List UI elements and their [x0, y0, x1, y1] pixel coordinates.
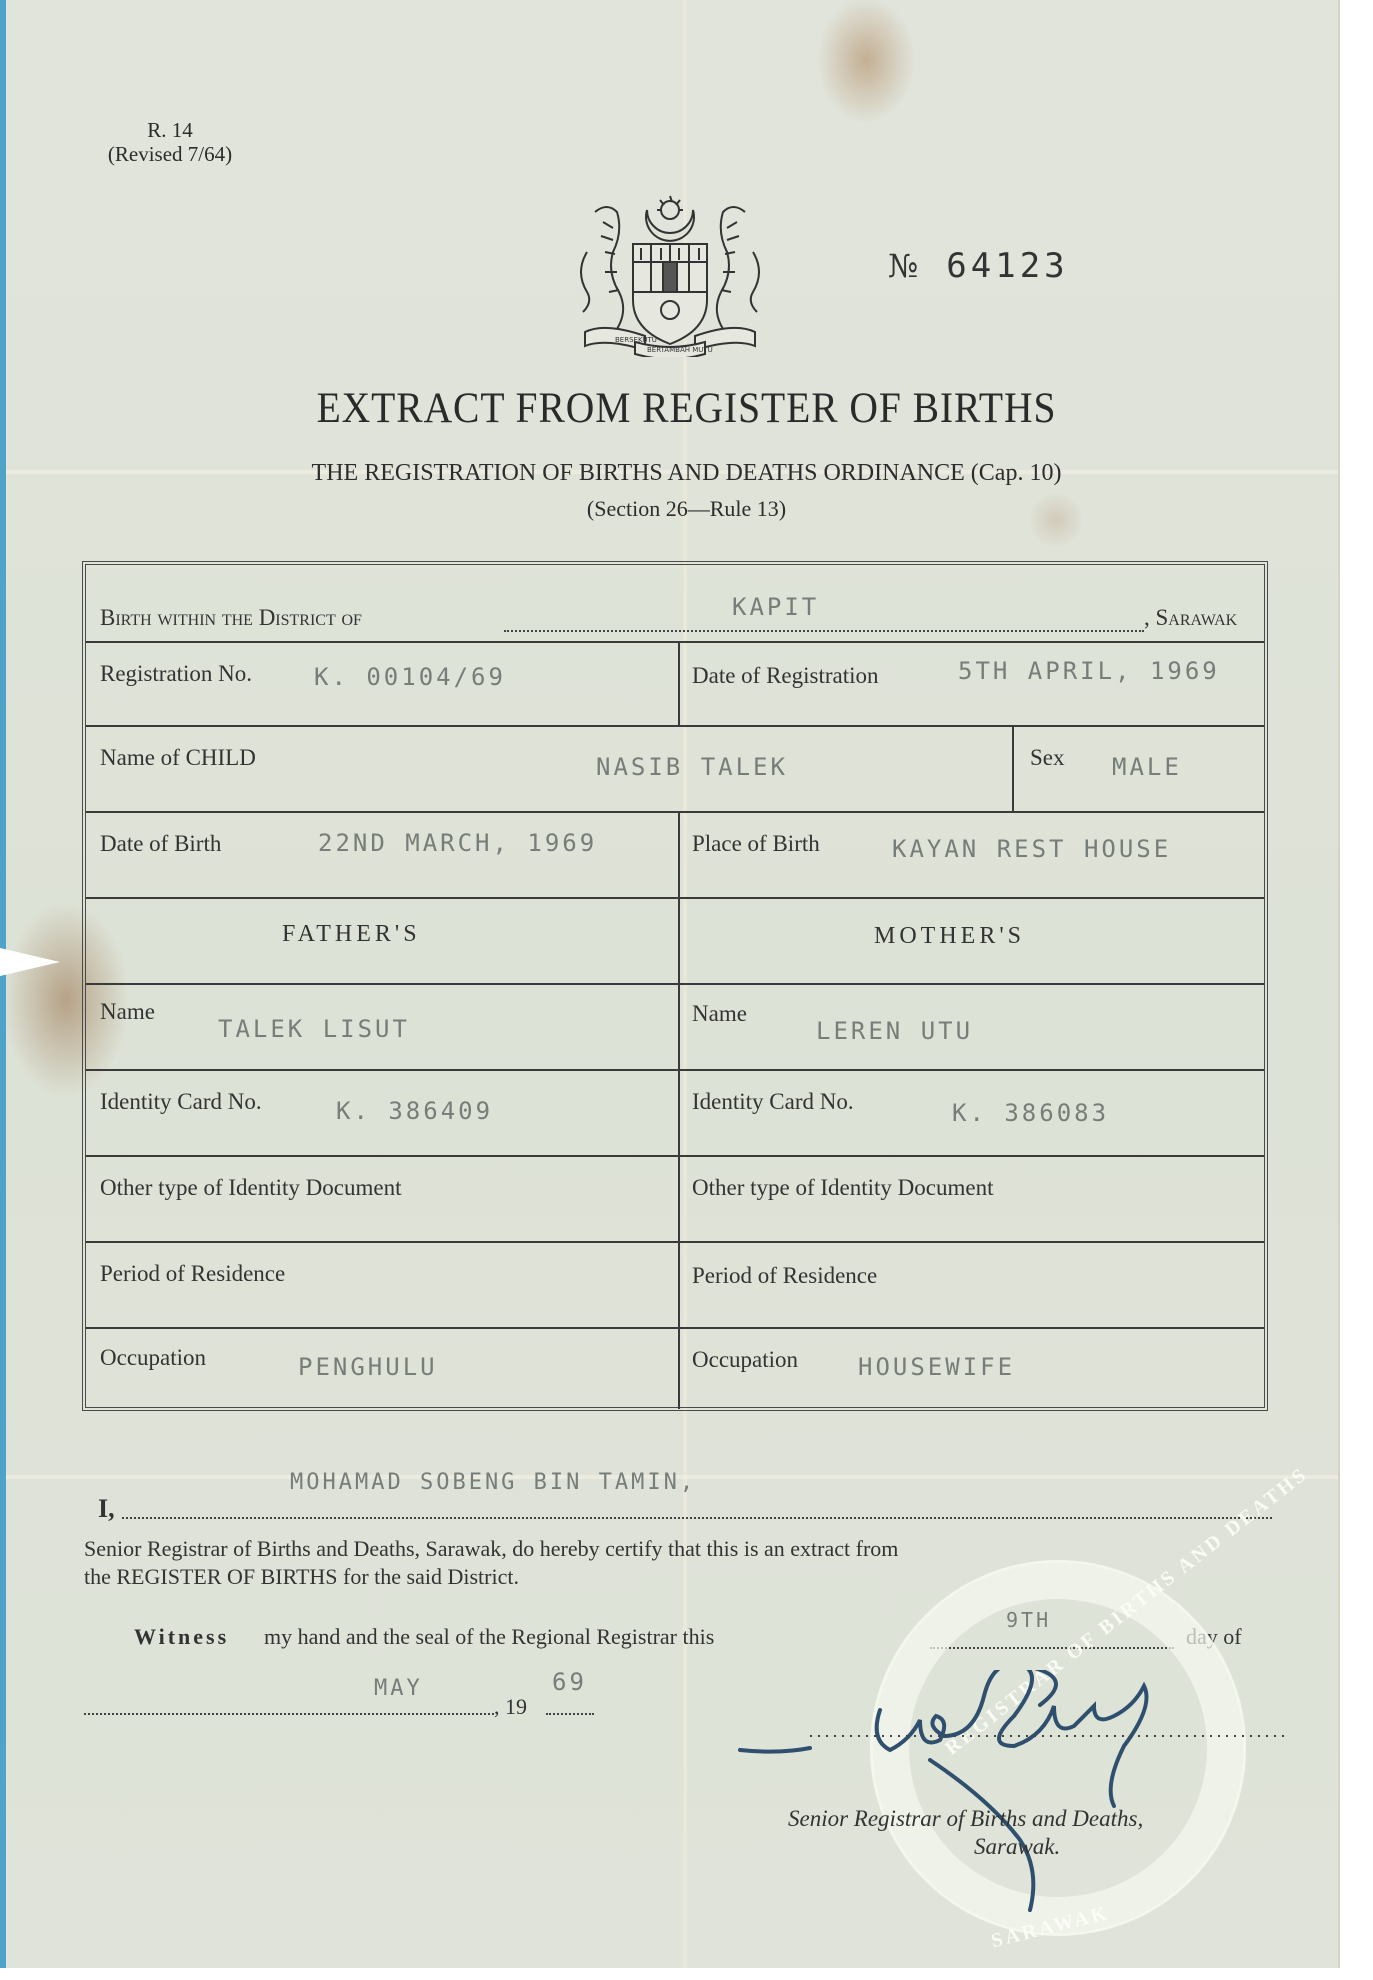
- year-dotted-line: [546, 1712, 594, 1715]
- district-dotted-line: [504, 629, 1144, 632]
- registration-no-value: K. 00104/69: [314, 663, 506, 691]
- place-of-birth-label: Place of Birth: [692, 831, 820, 857]
- mother-heading: MOTHER'S: [874, 923, 1025, 950]
- certify-statement-line2: the REGISTER OF BIRTHS for the said Dist…: [84, 1564, 519, 1590]
- father-occupation-value: PENGHULU: [298, 1353, 438, 1381]
- document-title: EXTRACT FROM REGISTER OF BIRTHS: [55, 384, 1318, 433]
- row-parent-headings: FATHER'S MOTHER'S: [86, 897, 1264, 985]
- district-label: Birth within the District of: [100, 605, 362, 631]
- row-registration: Registration No. K. 00104/69 Date of Reg…: [86, 641, 1264, 727]
- father-ic-label: Identity Card No.: [100, 1089, 262, 1115]
- row-birth: Date of Birth 22ND MARCH, 1969 Place of …: [86, 811, 1264, 899]
- sex-value: MALE: [1112, 753, 1182, 781]
- father-residence-label: Period of Residence: [100, 1261, 285, 1287]
- mother-occupation-value: HOUSEWIFE: [858, 1353, 1015, 1381]
- form-revision: (Revised 7/64): [80, 142, 260, 166]
- document-subtitle: THE REGISTRATION OF BIRTHS AND DEATHS OR…: [0, 460, 1373, 487]
- mother-occupation-label: Occupation: [692, 1347, 798, 1373]
- father-name-value: TALEK LISUT: [218, 1015, 410, 1043]
- witness-word: Witness: [134, 1624, 229, 1650]
- row-parent-other-id: Other type of Identity Document Other ty…: [86, 1155, 1264, 1243]
- certify-statement-line1: Senior Registrar of Births and Deaths, S…: [84, 1536, 898, 1562]
- sex-label: Sex: [1030, 745, 1065, 771]
- register-table: Birth within the District of KAPIT , Sar…: [82, 561, 1268, 1411]
- father-occupation-label: Occupation: [100, 1345, 206, 1371]
- svg-text:BERSEKUTU: BERSEKUTU: [615, 336, 657, 344]
- mother-other-id-label: Other type of Identity Document: [692, 1175, 993, 1201]
- date-of-birth-value: 22ND MARCH, 1969: [318, 829, 597, 857]
- row-parent-names: Name TALEK LISUT Name LEREN UTU: [86, 983, 1264, 1071]
- place-of-birth-value: KAYAN REST HOUSE: [892, 835, 1171, 863]
- father-name-label: Name: [100, 999, 155, 1025]
- paper-tear: [0, 948, 60, 976]
- row-parent-residence: Period of Residence Period of Residence: [86, 1241, 1264, 1329]
- row-parent-occupation: Occupation PENGHULU Occupation HOUSEWIFE: [86, 1327, 1264, 1409]
- mother-name-label: Name: [692, 1001, 747, 1027]
- svg-text:BERTAMBAH MUTU: BERTAMBAH MUTU: [647, 346, 713, 354]
- date-of-registration-value: 5TH APRIL, 1969: [958, 657, 1220, 685]
- month-value: MAY: [374, 1676, 423, 1701]
- mother-residence-label: Period of Residence: [692, 1263, 877, 1289]
- certify-i-label: I,: [98, 1494, 115, 1524]
- month-dotted-line: [84, 1712, 494, 1715]
- district-suffix: , Sarawak: [1144, 605, 1237, 631]
- registrar-signature: [730, 1670, 1290, 1930]
- year-value: 69: [552, 1668, 587, 1696]
- coat-of-arms-icon: BERSEKUTU BERTAMBAH MUTU: [565, 192, 775, 357]
- father-heading: FATHER'S: [282, 921, 421, 948]
- year-prefix: , 19: [494, 1694, 527, 1720]
- serial-number: №64123: [888, 246, 1069, 286]
- form-code-number: R. 14: [80, 118, 260, 142]
- mother-ic-value: K. 386083: [952, 1099, 1109, 1127]
- row-child: Name of CHILD NASIB TALEK Sex MALE: [86, 725, 1264, 813]
- document-section: (Section 26—Rule 13): [0, 496, 1373, 522]
- serial-value: 64123: [946, 246, 1068, 286]
- row-district: Birth within the District of KAPIT , Sar…: [86, 565, 1264, 641]
- signatory-title-line2: Sarawak.: [974, 1834, 1060, 1860]
- child-name-label: Name of CHILD: [100, 745, 256, 771]
- row-parent-ic: Identity Card No. K. 386409 Identity Car…: [86, 1069, 1264, 1157]
- signatory-title-line1: Senior Registrar of Births and Deaths,: [788, 1806, 1143, 1832]
- district-value: KAPIT: [732, 593, 819, 621]
- father-ic-value: K. 386409: [336, 1097, 493, 1125]
- registrar-name-dotted-line: [122, 1516, 1272, 1519]
- mother-ic-label: Identity Card No.: [692, 1089, 854, 1115]
- mother-name-value: LEREN UTU: [816, 1017, 973, 1045]
- numero-sign: №: [888, 247, 918, 285]
- witness-text: my hand and the seal of the Regional Reg…: [264, 1624, 714, 1650]
- registrar-name-value: MOHAMAD SOBENG BIN TAMIN,: [290, 1470, 696, 1495]
- registration-no-label: Registration No.: [100, 661, 252, 687]
- date-of-registration-label: Date of Registration: [692, 663, 879, 689]
- child-name-value: NASIB TALEK: [596, 753, 788, 781]
- father-other-id-label: Other type of Identity Document: [100, 1175, 401, 1201]
- form-code: R. 14 (Revised 7/64): [80, 118, 260, 166]
- date-of-birth-label: Date of Birth: [100, 831, 221, 857]
